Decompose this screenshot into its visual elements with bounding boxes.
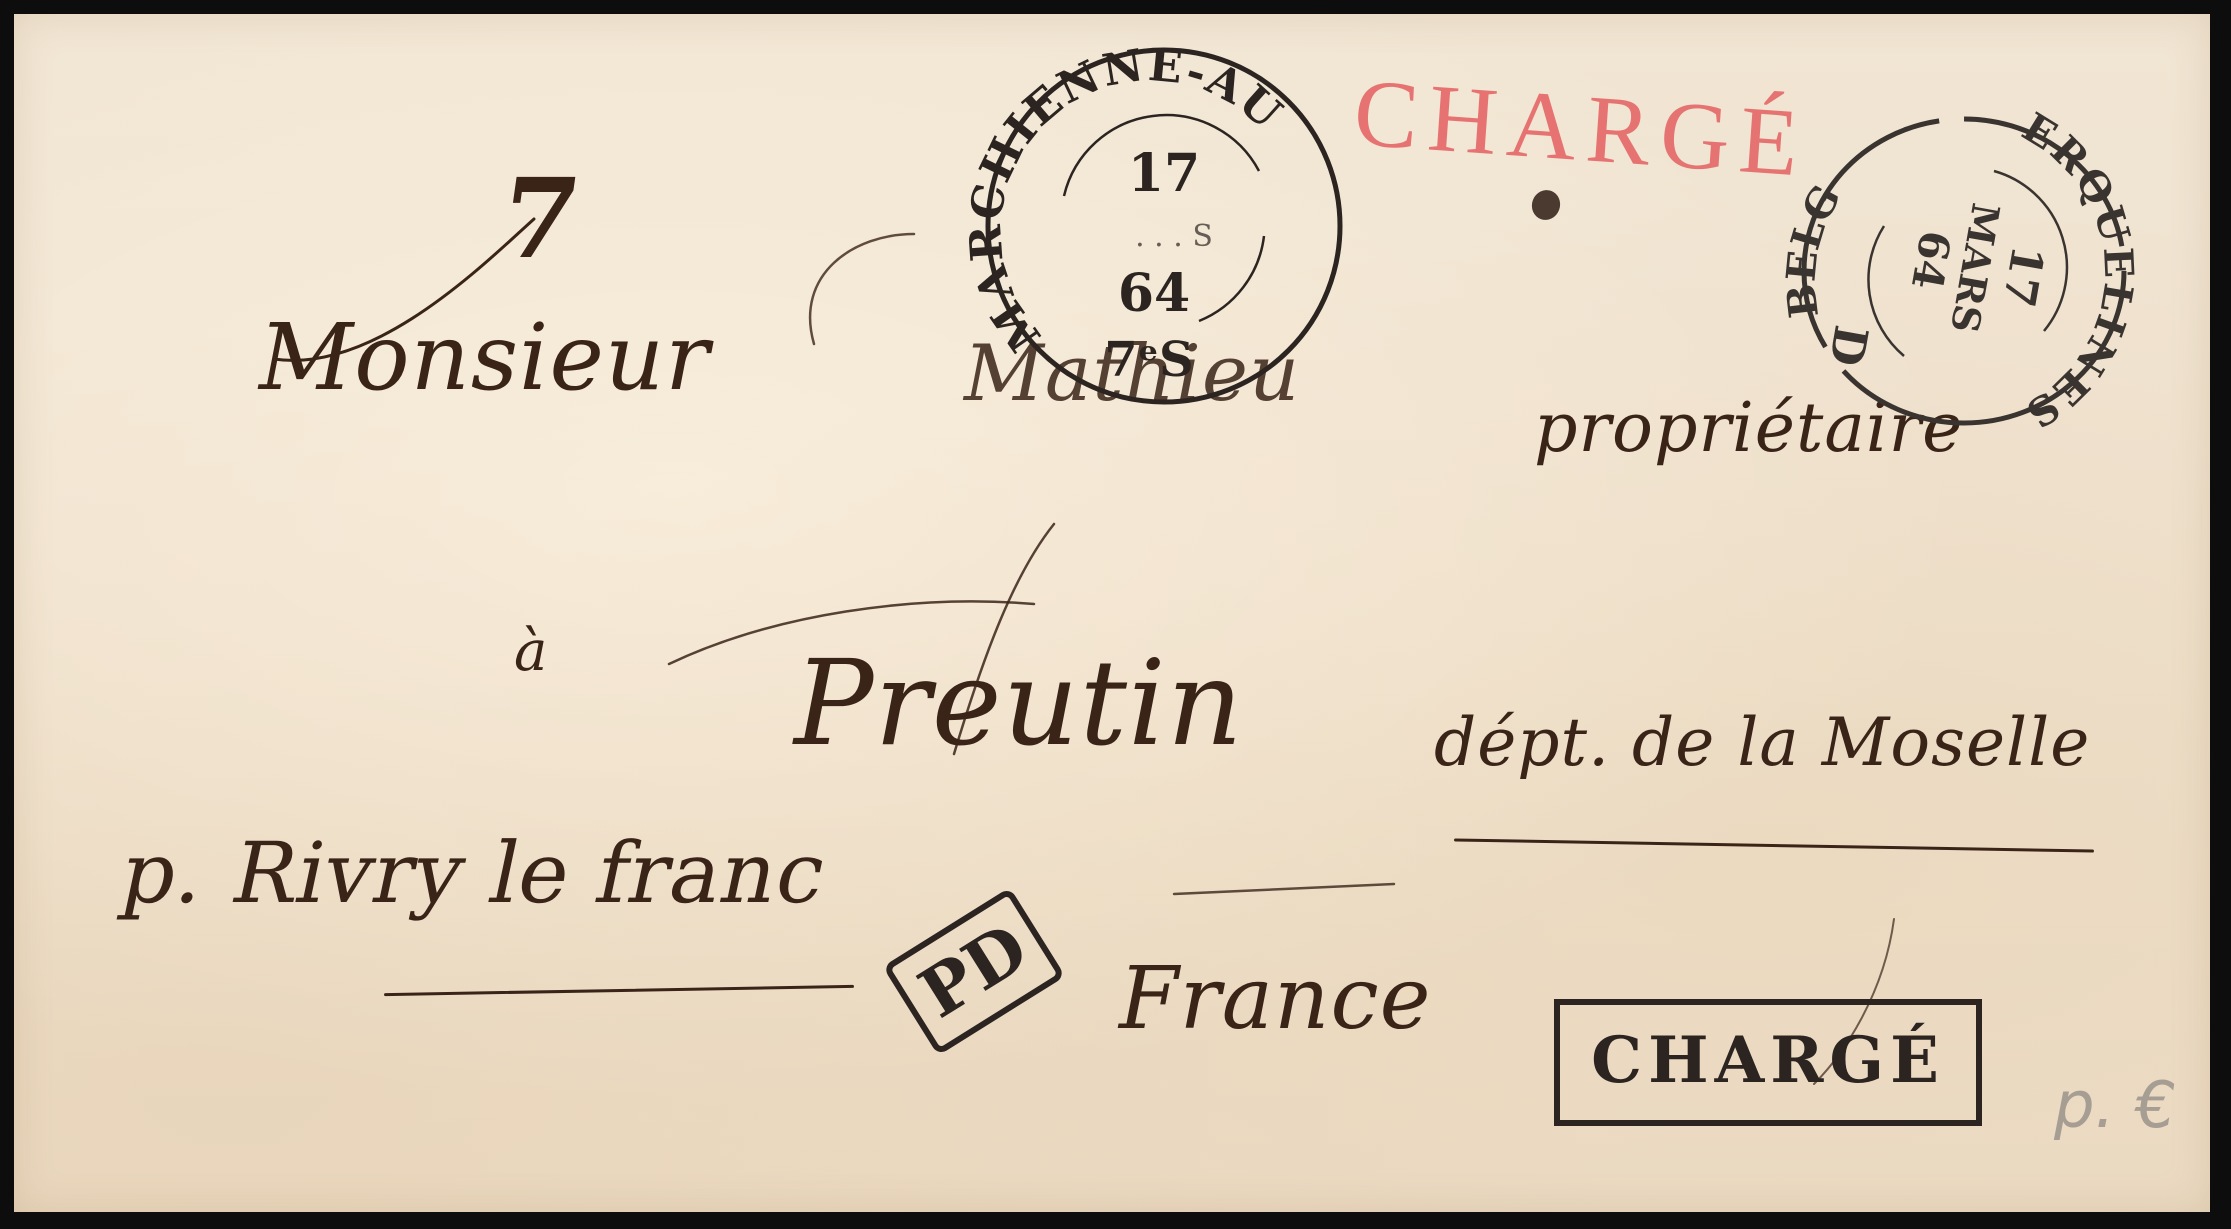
svg-text:BELG: BELG [1777,177,1850,320]
envelope: 7 Monsieur Mathieu propriétaire à Preuti… [14,14,2210,1212]
pencil-note: p. € [2054,1069,2176,1143]
charge-box-handstamp-text: CHARGÉ [1591,1023,1945,1098]
postmark-origin-time: 7ᵉS [1104,332,1193,388]
postmark-transit-top: BELG [1777,177,1850,320]
postmark-origin-day: 17 [1128,143,1200,204]
charge-box-handstamp: CHARGÉ [1554,999,1982,1126]
postmark-origin-year: 64 [1118,263,1190,324]
postmark-origin: MARCHIENNE-AU 17 . . . S 64 7ᵉS [974,36,1354,416]
postmark-transit: BELG ERQUELINES 17 MARS 64 D [1789,96,2149,436]
postmark-origin-month: . . . S [1135,219,1213,254]
postmark-transit-letter: D [1818,321,1878,370]
postmark-transit-year: 64 [1902,227,1960,293]
